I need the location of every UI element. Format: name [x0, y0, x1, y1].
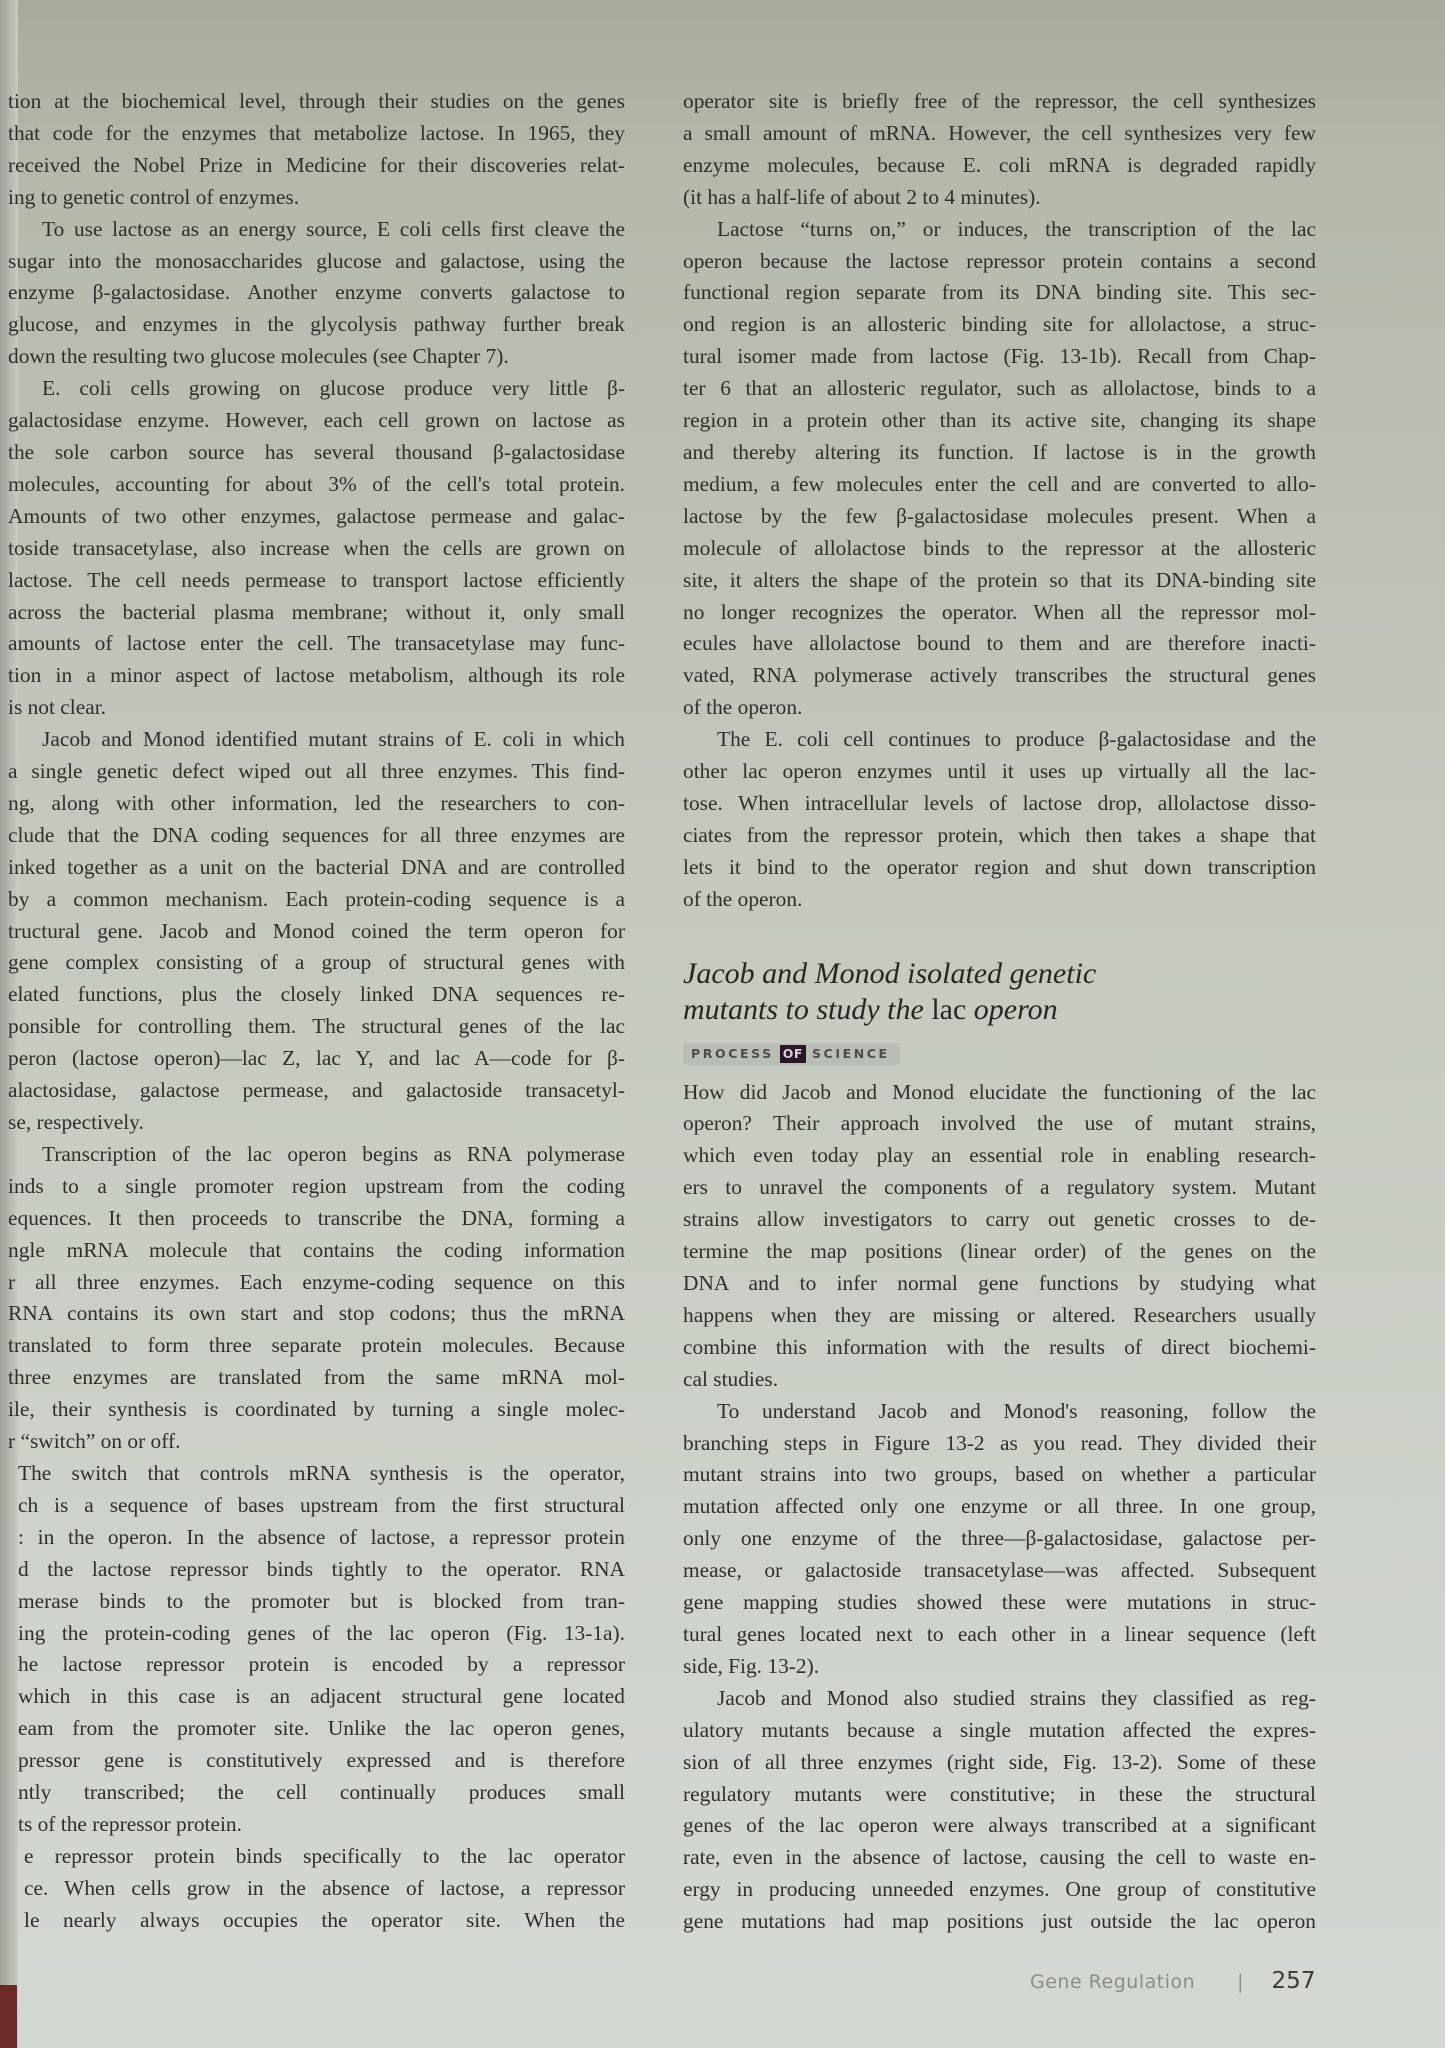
text-line: tion at the biochemical level, through t…: [8, 86, 625, 118]
text-line: amounts of lactose enter the cell. The t…: [8, 628, 625, 660]
text-line: Jacob and Monod identified mutant strain…: [8, 724, 625, 756]
section-heading: Jacob and Monod isolated genetic mutants…: [683, 956, 1316, 1028]
text-line: elated functions, plus the closely linke…: [8, 979, 625, 1011]
text-line: is not clear.: [8, 692, 625, 724]
paragraph: Jacob and Monod also studied strains the…: [683, 1683, 1316, 1938]
text-line: ecules have allolactose bound to them an…: [683, 628, 1316, 660]
text-line: RNA contains its own start and stop codo…: [8, 1298, 625, 1330]
text-line: operon? Their approach involved the use …: [683, 1108, 1316, 1140]
text-line: genes of the lac operon were always tran…: [683, 1810, 1316, 1842]
text-line: tural isomer made from lactose (Fig. 13-…: [683, 341, 1316, 373]
text-line: gene complex consisting of a group of st…: [8, 947, 625, 979]
text-line: ch is a sequence of bases upstream from …: [18, 1490, 625, 1522]
text-line: Jacob and Monod also studied strains the…: [683, 1683, 1316, 1715]
text-line: merase binds to the promoter but is bloc…: [18, 1586, 625, 1618]
text-line: operator site is briefly free of the rep…: [683, 86, 1316, 118]
text-line: molecules, accounting for about 3% of th…: [8, 469, 625, 501]
text-line: received the Nobel Prize in Medicine for…: [8, 150, 625, 182]
text-line: lactose. The cell needs permease to tran…: [8, 565, 625, 597]
text-line: The E. coli cell continues to produce β-…: [683, 724, 1316, 756]
text-line: sugar into the monosaccharides glucose a…: [8, 246, 625, 278]
paragraph: The E. coli cell continues to produce β-…: [683, 724, 1316, 915]
text-line: le nearly always occupies the operator s…: [24, 1905, 625, 1937]
text-line: a small amount of mRNA. However, the cel…: [683, 118, 1316, 150]
text-line: d the lactose repressor binds tightly to…: [18, 1554, 625, 1586]
text-line: : in the operon. In the absence of lacto…: [18, 1522, 625, 1554]
text-line: mutation affected only one enzyme or all…: [683, 1491, 1316, 1523]
footer-separator: |: [1237, 1971, 1243, 1993]
heading-text: operon: [966, 993, 1057, 1026]
text-line: E. coli cells growing on glucose produce…: [8, 373, 625, 405]
text-line: To use lactose as an energy source, E co…: [8, 214, 625, 246]
process-of-science-badge: PROCESS OF SCIENCE: [683, 1043, 900, 1065]
text-line: ond region is an allosteric binding site…: [683, 309, 1316, 341]
text-line: lets it bind to the operator region and …: [683, 852, 1316, 884]
book-cover-edge: [0, 1985, 17, 2048]
text-line: pressor gene is constitutively expressed…: [18, 1745, 625, 1777]
text-line: site, it alters the shape of the protein…: [683, 565, 1316, 597]
text-line: happens when they are missing or altered…: [683, 1300, 1316, 1332]
paragraph: E. coli cells growing on glucose produce…: [8, 373, 625, 724]
right-text-column: operator site is briefly free of the rep…: [683, 86, 1316, 1938]
text-line: sion of all three enzymes (right side, F…: [683, 1747, 1316, 1779]
text-line: across the bacterial plasma membrane; wi…: [8, 597, 625, 629]
text-line: Lactose “turns on,” or induces, the tran…: [683, 214, 1316, 246]
text-line: inked together as a unit on the bacteria…: [8, 852, 625, 884]
paragraph: Transcription of the lac operon begins a…: [8, 1139, 625, 1458]
text-line: mease, or galactoside transacetylase—was…: [683, 1555, 1316, 1587]
text-line: that code for the enzymes that metaboliz…: [8, 118, 625, 150]
left-text-column: tion at the biochemical level, through t…: [8, 86, 625, 1937]
text-line: r “switch” on or off.: [8, 1426, 625, 1458]
text-line: ulatory mutants because a single mutatio…: [683, 1715, 1316, 1747]
page-number: 257: [1272, 1968, 1316, 1994]
text-line: ter 6 that an allosteric regulator, such…: [683, 373, 1316, 405]
text-line: branching steps in Figure 13-2 as you re…: [683, 1428, 1316, 1460]
paragraph: The switch that controls mRNA synthesis …: [8, 1458, 625, 1841]
running-head: Gene Regulation: [1030, 1971, 1195, 1993]
text-line: e repressor protein binds specifically t…: [24, 1841, 625, 1873]
text-line: se, respectively.: [8, 1107, 625, 1139]
text-line: a single genetic defect wiped out all th…: [8, 756, 625, 788]
text-line: ponsible for controlling them. The struc…: [8, 1011, 625, 1043]
badge-text: OF: [780, 1045, 806, 1063]
text-line: ntly transcribed; the cell continually p…: [18, 1777, 625, 1809]
text-line: ng, along with other information, led th…: [8, 788, 625, 820]
text-line: operon because the lactose repressor pro…: [683, 246, 1316, 278]
paragraph: To use lactose as an energy source, E co…: [8, 214, 625, 374]
text-line: toside transacetylase, also increase whe…: [8, 533, 625, 565]
text-line: strains allow investigators to carry out…: [683, 1204, 1316, 1236]
text-line: enzyme molecules, because E. coli mRNA i…: [683, 150, 1316, 182]
text-line: mutant strains into two groups, based on…: [683, 1459, 1316, 1491]
heading-text: lac: [931, 993, 966, 1026]
paragraph: operator site is briefly free of the rep…: [683, 86, 1316, 214]
text-line: of the operon.: [683, 692, 1316, 724]
text-line: ing to genetic control of enzymes.: [8, 182, 625, 214]
paragraph: How did Jacob and Monod elucidate the fu…: [683, 1077, 1316, 1396]
paragraph: tion at the biochemical level, through t…: [8, 86, 625, 214]
text-line: by a common mechanism. Each protein-codi…: [8, 884, 625, 916]
text-line: rate, even in the absence of lactose, ca…: [683, 1842, 1316, 1874]
text-line: tion in a minor aspect of lactose metabo…: [8, 660, 625, 692]
paragraph: Lactose “turns on,” or induces, the tran…: [683, 214, 1316, 725]
text-line: he lactose repressor protein is encoded …: [18, 1649, 625, 1681]
text-line: tural genes located next to each other i…: [683, 1619, 1316, 1651]
text-line: gene mutations had map positions just ou…: [683, 1906, 1316, 1938]
paragraph: e repressor protein binds specifically t…: [8, 1841, 625, 1937]
badge-text: SCIENCE: [812, 1045, 890, 1063]
text-line: How did Jacob and Monod elucidate the fu…: [683, 1077, 1316, 1109]
text-line: glucose, and enzymes in the glycolysis p…: [8, 309, 625, 341]
text-line: r all three enzymes. Each enzyme-coding …: [8, 1267, 625, 1299]
text-line: The switch that controls mRNA synthesis …: [18, 1458, 625, 1490]
text-line: ergy in producing unneeded enzymes. One …: [683, 1874, 1316, 1906]
badge-text: PROCESS: [691, 1045, 774, 1063]
text-line: molecule of allolactose binds to the rep…: [683, 533, 1316, 565]
text-line: and thereby altering its function. If la…: [683, 437, 1316, 469]
text-line: termine the map positions (linear order)…: [683, 1236, 1316, 1268]
text-line: clude that the DNA coding sequences for …: [8, 820, 625, 852]
text-line: region in a protein other than its activ…: [683, 405, 1316, 437]
text-line: peron (lactose operon)—lac Z, lac Y, and…: [8, 1043, 625, 1075]
text-line: inds to a single promoter region upstrea…: [8, 1171, 625, 1203]
text-line: equences. It then proceeds to transcribe…: [8, 1203, 625, 1235]
text-line: tose. When intracellular levels of lacto…: [683, 788, 1316, 820]
text-line: which even today play an essential role …: [683, 1140, 1316, 1172]
text-line: ile, their synthesis is coordinated by t…: [8, 1394, 625, 1426]
text-line: which in this case is an adjacent struct…: [18, 1681, 625, 1713]
text-line: enzyme β-galactosidase. Another enzyme c…: [8, 277, 625, 309]
text-line: To understand Jacob and Monod's reasonin…: [683, 1396, 1316, 1428]
text-line: vated, RNA polymerase actively transcrib…: [683, 660, 1316, 692]
text-line: Transcription of the lac operon begins a…: [8, 1139, 625, 1171]
text-line: (it has a half-life of about 2 to 4 minu…: [683, 182, 1316, 214]
text-line: gene mapping studies showed these were m…: [683, 1587, 1316, 1619]
text-line: functional region separate from its DNA …: [683, 277, 1316, 309]
heading-line: Jacob and Monod isolated genetic: [683, 956, 1316, 992]
text-line: regulatory mutants were constitutive; in…: [683, 1779, 1316, 1811]
text-line: down the resulting two glucose molecules…: [8, 341, 625, 373]
text-line: translated to form three separate protei…: [8, 1330, 625, 1362]
text-line: cal studies.: [683, 1364, 1316, 1396]
text-line: galactosidase enzyme. However, each cell…: [8, 405, 625, 437]
paragraph: To understand Jacob and Monod's reasonin…: [683, 1396, 1316, 1683]
page-footer: Gene Regulation | 257: [1030, 1968, 1315, 1994]
text-line: side, Fig. 13-2).: [683, 1651, 1316, 1683]
text-line: the sole carbon source has several thous…: [8, 437, 625, 469]
text-line: other lac operon enzymes until it uses u…: [683, 756, 1316, 788]
text-line: eam from the promoter site. Unlike the l…: [18, 1713, 625, 1745]
text-line: three enzymes are translated from the sa…: [8, 1362, 625, 1394]
text-line: no longer recognizes the operator. When …: [683, 597, 1316, 629]
text-line: Amounts of two other enzymes, galactose …: [8, 501, 625, 533]
paragraph: Jacob and Monod identified mutant strain…: [8, 724, 625, 1139]
text-line: DNA and to infer normal gene functions b…: [683, 1268, 1316, 1300]
text-line: ce. When cells grow in the absence of la…: [24, 1873, 625, 1905]
text-line: ers to unravel the components of a regul…: [683, 1172, 1316, 1204]
text-line: tructural gene. Jacob and Monod coined t…: [8, 916, 625, 948]
text-line: alactosidase, galactose permease, and ga…: [8, 1075, 625, 1107]
text-line: only one enzyme of the three—β-galactosi…: [683, 1523, 1316, 1555]
text-line: ts of the repressor protein.: [18, 1809, 625, 1841]
heading-line: mutants to study the lac operon: [683, 992, 1316, 1028]
text-line: combine this information with the result…: [683, 1332, 1316, 1364]
text-line: medium, a few molecules enter the cell a…: [683, 469, 1316, 501]
text-line: ngle mRNA molecule that contains the cod…: [8, 1235, 625, 1267]
text-line: ing the protein-coding genes of the lac …: [18, 1618, 625, 1650]
text-line: ciates from the repressor protein, which…: [683, 820, 1316, 852]
heading-text: mutants to study the: [683, 993, 931, 1026]
text-line: of the operon.: [683, 884, 1316, 916]
text-line: lactose by the few β-galactosidase molec…: [683, 501, 1316, 533]
